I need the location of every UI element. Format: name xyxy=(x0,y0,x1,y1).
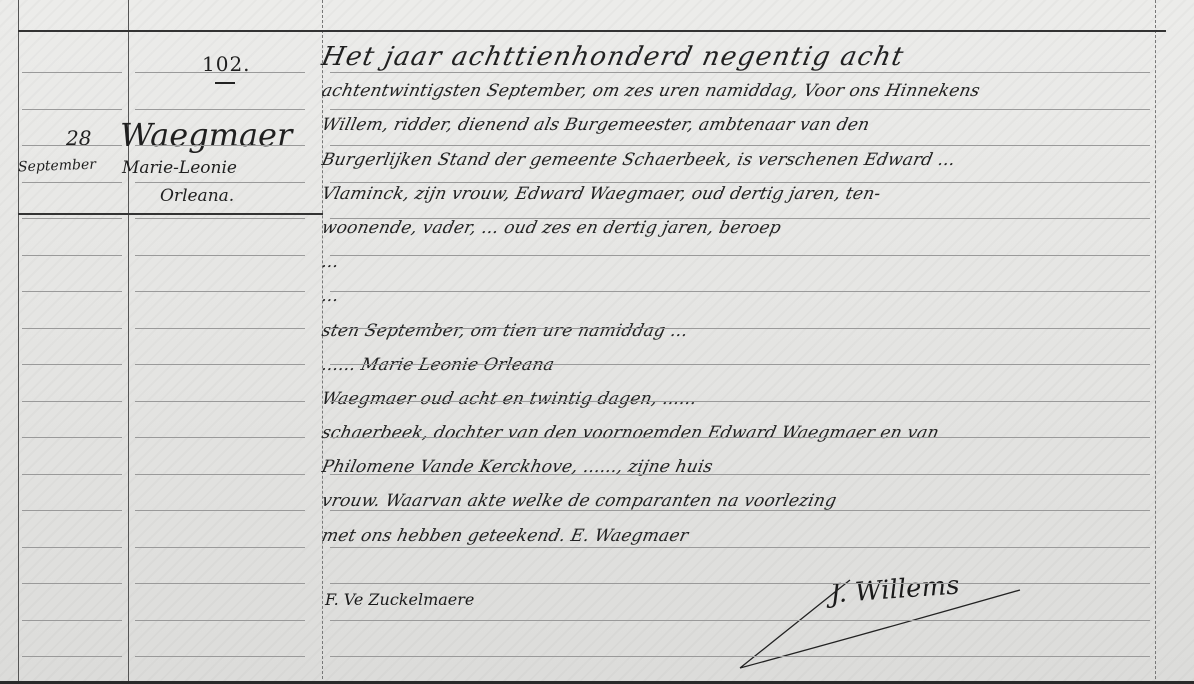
ruled-line xyxy=(330,620,1150,621)
ruled-line xyxy=(135,145,305,146)
record-line: schaerbeek, dochter van den voornoemden … xyxy=(318,416,1165,450)
ruled-line xyxy=(330,656,1150,657)
ruled-line xyxy=(22,547,122,548)
ruled-line xyxy=(22,218,122,219)
ruled-line xyxy=(330,182,1150,183)
ruled-line xyxy=(135,218,305,219)
ruled-line xyxy=(135,474,305,475)
margin-entry-divider xyxy=(18,213,323,215)
ruled-line xyxy=(330,72,1150,73)
ruled-line xyxy=(135,72,305,73)
ruled-line xyxy=(22,109,122,110)
ruled-line xyxy=(330,291,1150,292)
record-line: ... xyxy=(318,279,1165,313)
ruled-line xyxy=(330,437,1150,438)
birth-day: 28 xyxy=(66,126,91,150)
ruled-line xyxy=(135,656,305,657)
ruled-line xyxy=(22,72,122,73)
entry-top-rule xyxy=(18,30,1166,32)
ruled-line xyxy=(22,145,122,146)
ruled-line xyxy=(135,182,305,183)
child-given-names: Marie-Leonie xyxy=(122,158,237,178)
ruled-line xyxy=(22,620,122,621)
register-page: 102. 28 September Waegmaer Marie-Leonie … xyxy=(0,0,1194,684)
column-rule-left xyxy=(128,0,129,684)
record-line: Het jaar achttienhonderd negentig acht xyxy=(318,40,1165,74)
record-line: Burgerlijken Stand der gemeente Schaerbe… xyxy=(318,143,1165,177)
ruled-line xyxy=(330,328,1150,329)
record-line: Waegmaer oud acht en twintig dagen, ....… xyxy=(318,382,1165,416)
ruled-line xyxy=(330,401,1150,402)
ruled-line xyxy=(135,510,305,511)
record-line: sten September, om tien ure namiddag ... xyxy=(318,314,1165,348)
record-line: woonende, vader, ... oud zes en dertig j… xyxy=(318,211,1165,245)
record-line: Willem, ridder, dienend als Burgemeester… xyxy=(318,108,1165,142)
ruled-line xyxy=(330,109,1150,110)
ruled-line xyxy=(330,218,1150,219)
record-line: achtentwintigsten September, om zes uren… xyxy=(318,74,1165,108)
ruled-line xyxy=(135,547,305,548)
ruled-line xyxy=(330,474,1150,475)
ruled-line xyxy=(22,510,122,511)
child-given-names-cont: Orleana. xyxy=(160,186,234,206)
ruled-line xyxy=(330,547,1150,548)
ruled-line xyxy=(22,401,122,402)
ruled-line xyxy=(22,474,122,475)
ruled-line xyxy=(135,583,305,584)
ruled-line xyxy=(22,182,122,183)
ruled-line xyxy=(135,328,305,329)
ruled-line xyxy=(135,401,305,402)
ruled-line xyxy=(330,583,1150,584)
record-line: vrouw. Waarvan akte welke de comparanten… xyxy=(318,484,1165,518)
ruled-line xyxy=(330,364,1150,365)
record-body: Het jaar achttienhonderd negentig acht a… xyxy=(322,40,1162,553)
ruled-line xyxy=(22,291,122,292)
ruled-line xyxy=(135,109,305,110)
entry-number-dash xyxy=(215,82,235,84)
ruled-line xyxy=(22,328,122,329)
ruled-line xyxy=(22,656,122,657)
ruled-line xyxy=(135,437,305,438)
ruled-line xyxy=(135,291,305,292)
witness-signature: F. Ve Zuckelmaere xyxy=(325,590,474,609)
record-line: Philomene Vande Kerckhove, ......, zijne… xyxy=(318,450,1165,484)
ruled-line xyxy=(135,364,305,365)
ruled-line xyxy=(330,510,1150,511)
ruled-line xyxy=(22,437,122,438)
ruled-line xyxy=(22,364,122,365)
ruled-line xyxy=(135,255,305,256)
record-line: ... xyxy=(318,245,1165,279)
column-rule-outer-left xyxy=(18,0,19,684)
ruled-line xyxy=(330,255,1150,256)
birth-month: September xyxy=(18,157,96,176)
ruled-line xyxy=(22,255,122,256)
ruled-line xyxy=(22,583,122,584)
ruled-line xyxy=(135,620,305,621)
ruled-line xyxy=(330,145,1150,146)
child-surname: Waegmaer xyxy=(120,116,292,154)
